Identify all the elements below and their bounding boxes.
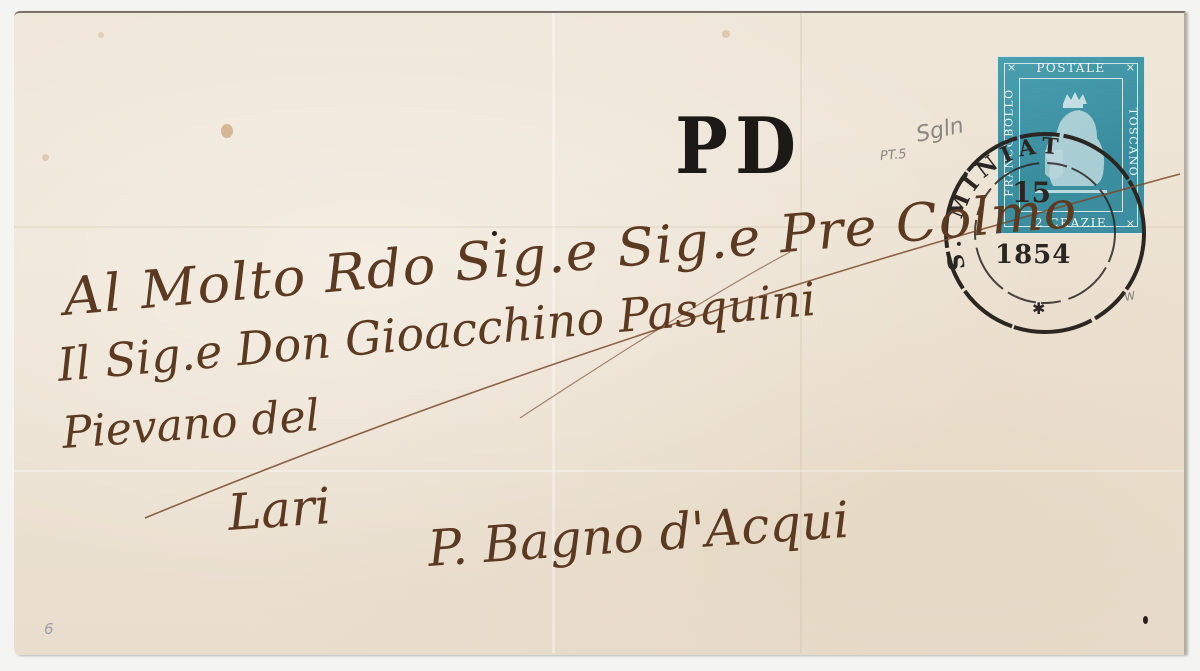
scanned-cover: × × × POSTALE 2 CRAZIE FRANCOBOLLO TOSCA… [0,0,1200,671]
address-line: Lari [226,477,333,542]
